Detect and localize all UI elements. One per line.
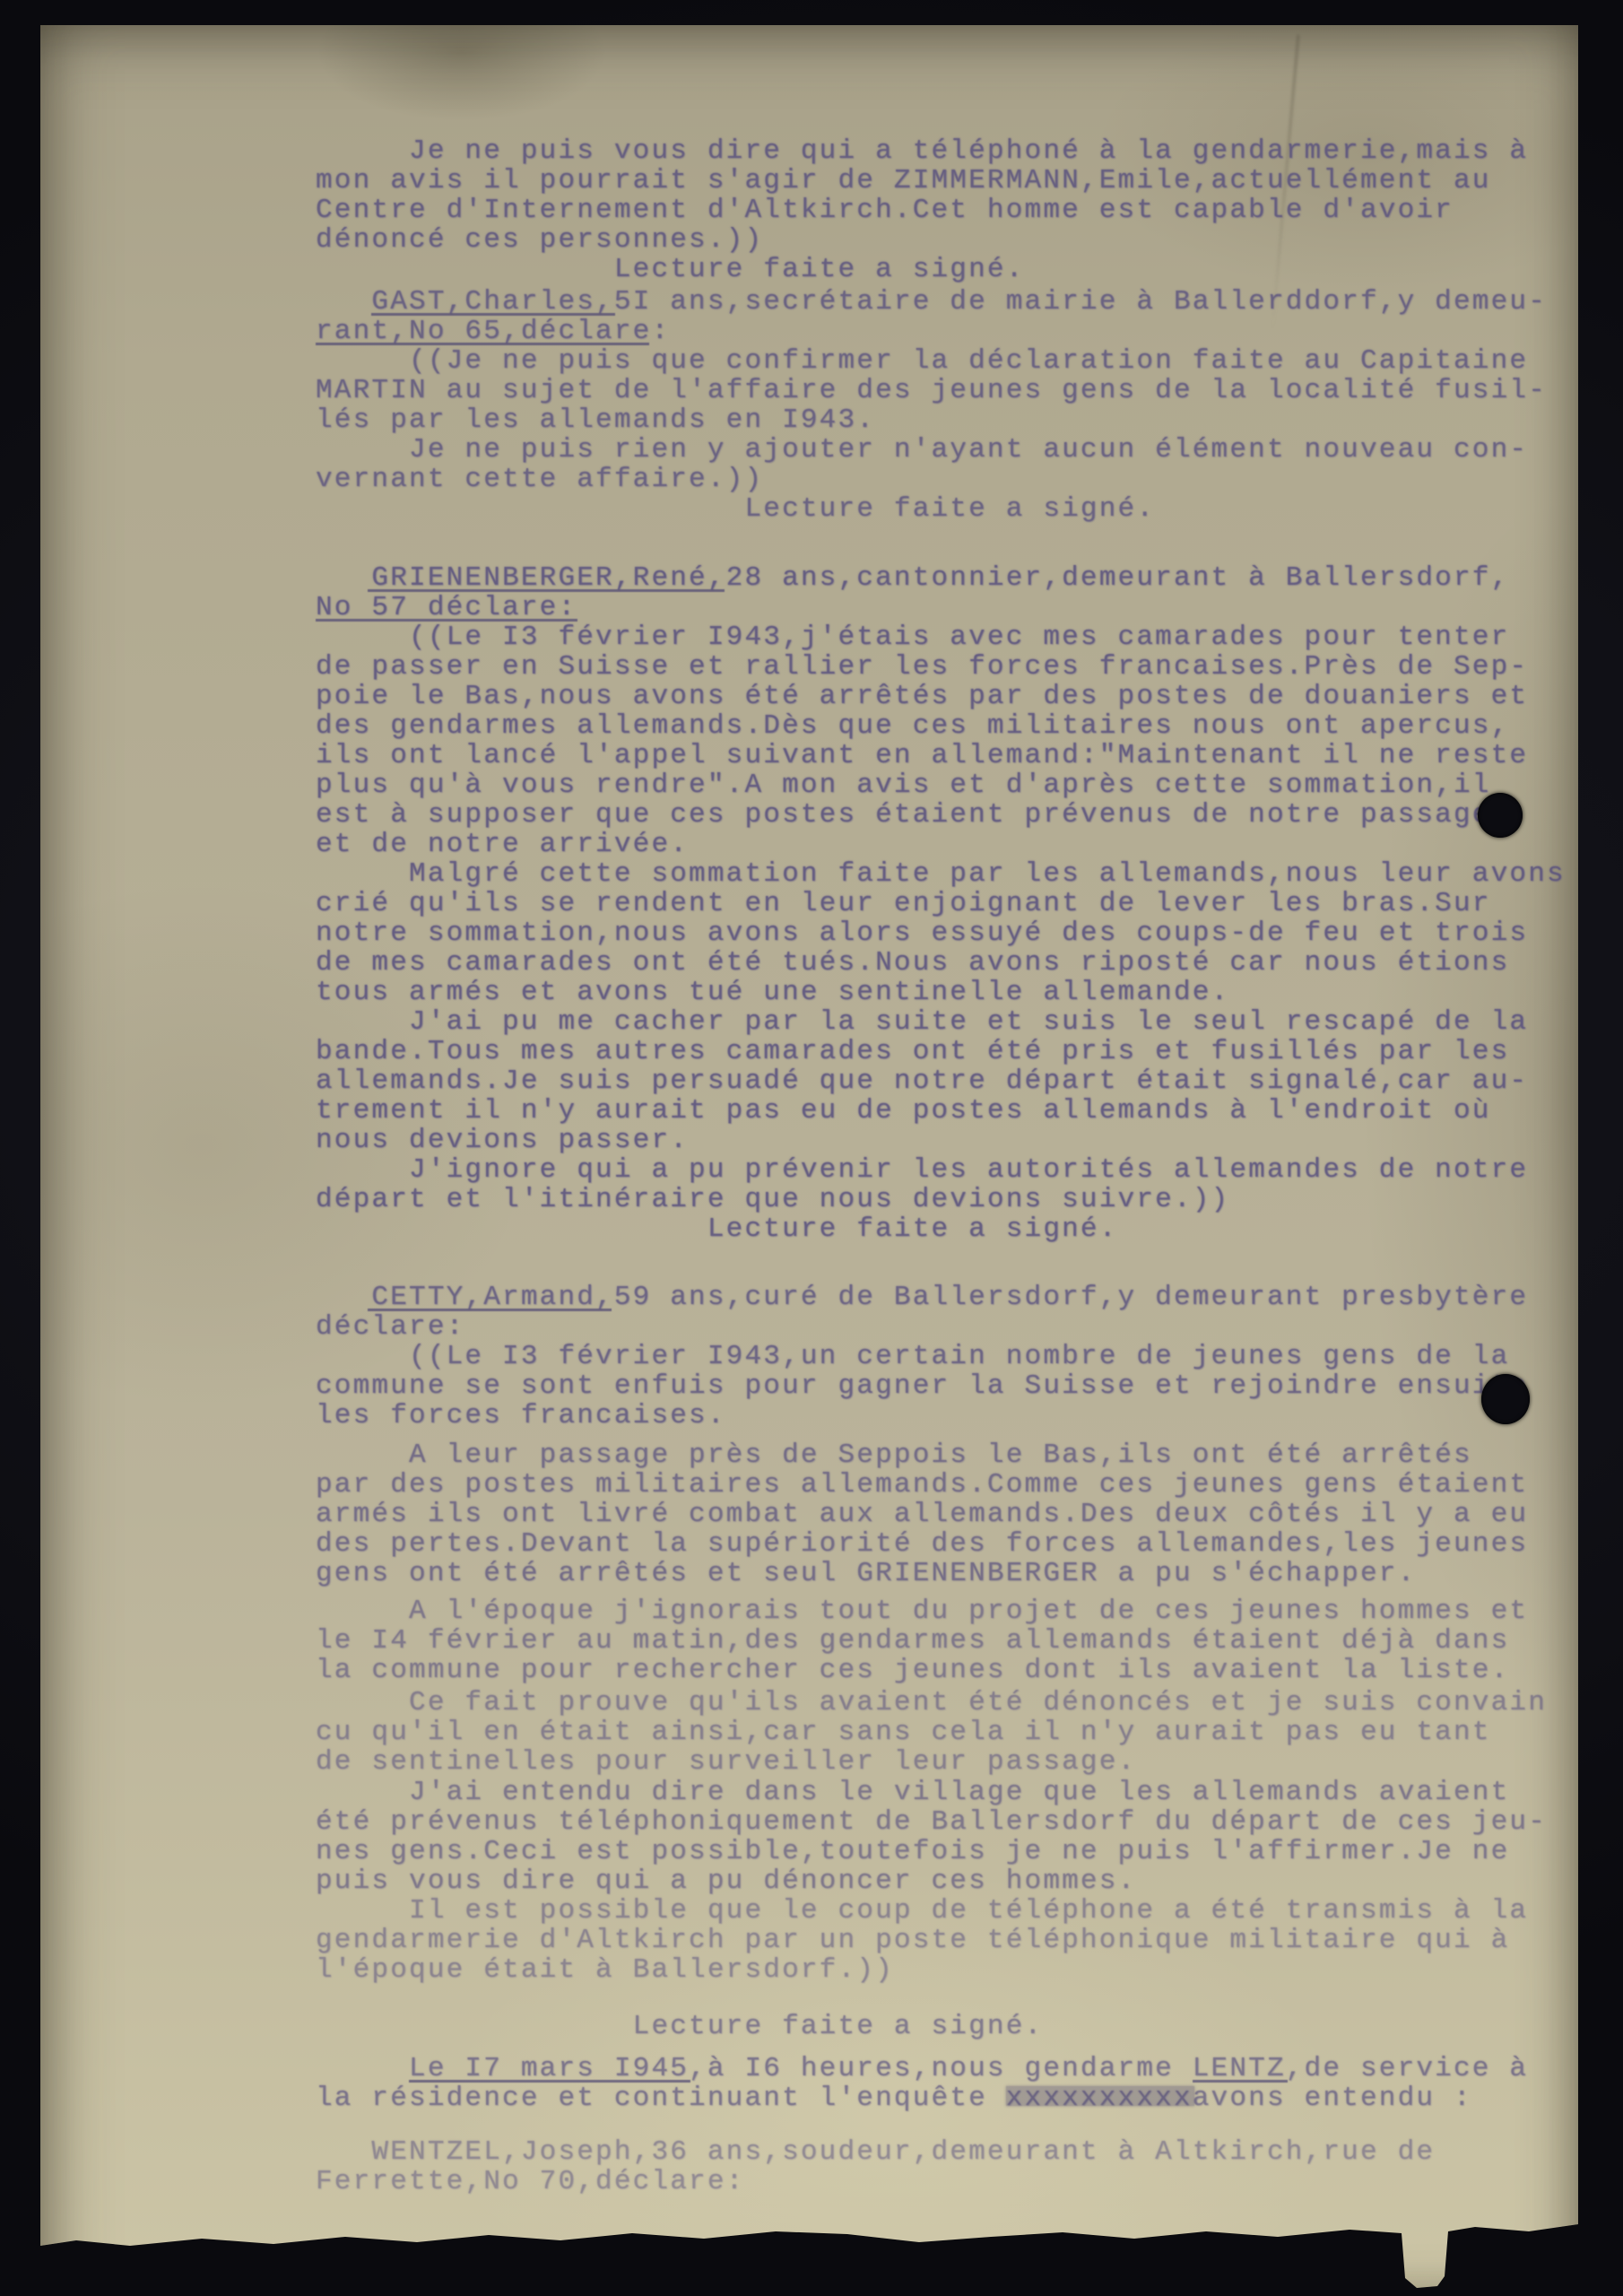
typed-underline-lentz: [1193, 2080, 1288, 2083]
deposition-gast: GAST,Charles,5I ans,secrétaire de mairie…: [316, 287, 1547, 524]
typed-underline-grienenberger: [368, 589, 725, 592]
scanned-document-page: Je ne puis vous dire qui a téléphoné à l…: [0, 0, 1623, 2296]
typed-strikeout: [1006, 2086, 1194, 2106]
deposition-cetty-lecture: Lecture faite a signé.: [316, 2012, 1043, 2041]
punch-hole-bottom: [1481, 1374, 1530, 1424]
hearing-resumption: Le I7 mars I945,à I6 heures,nous gendarm…: [316, 2054, 1528, 2113]
deposition-cetty-village: J'ai entendu dire dans le village que le…: [316, 1778, 1547, 1896]
statement-zimmermann-closing: Je ne puis vous dire qui a téléphoné à l…: [316, 136, 1528, 284]
deposition-cetty-denonces: Ce fait prouve qu'ils avaient été dénonc…: [316, 1688, 1547, 1777]
typed-underline-gast: [371, 313, 615, 316]
punch-hole-top: [1478, 793, 1523, 838]
typed-underline-gast-address: [316, 343, 649, 345]
deposition-grienenberger: GRIENENBERGER,René,28 ans,cantonnier,dem…: [316, 563, 1566, 1244]
deposition-cetty-intro: CETTY,Armand,59 ans,curé de Ballersdorf,…: [316, 1283, 1528, 1431]
typed-underline-date: [409, 2080, 690, 2083]
deposition-cetty-passage: A leur passage près de Seppois le Bas,il…: [316, 1440, 1528, 1588]
typed-underline-grienenberger-address: [316, 619, 577, 622]
deposition-cetty-telephone: Il est possible que le coup de téléphone…: [316, 1896, 1528, 1985]
deposition-cetty-epoque: A l'époque j'ignorais tout du projet de …: [316, 1596, 1528, 1685]
typed-underline-cetty: [368, 1309, 612, 1311]
deposition-wentzel-heading: WENTZEL,Joseph,36 ans,soudeur,demeurant …: [316, 2137, 1435, 2196]
